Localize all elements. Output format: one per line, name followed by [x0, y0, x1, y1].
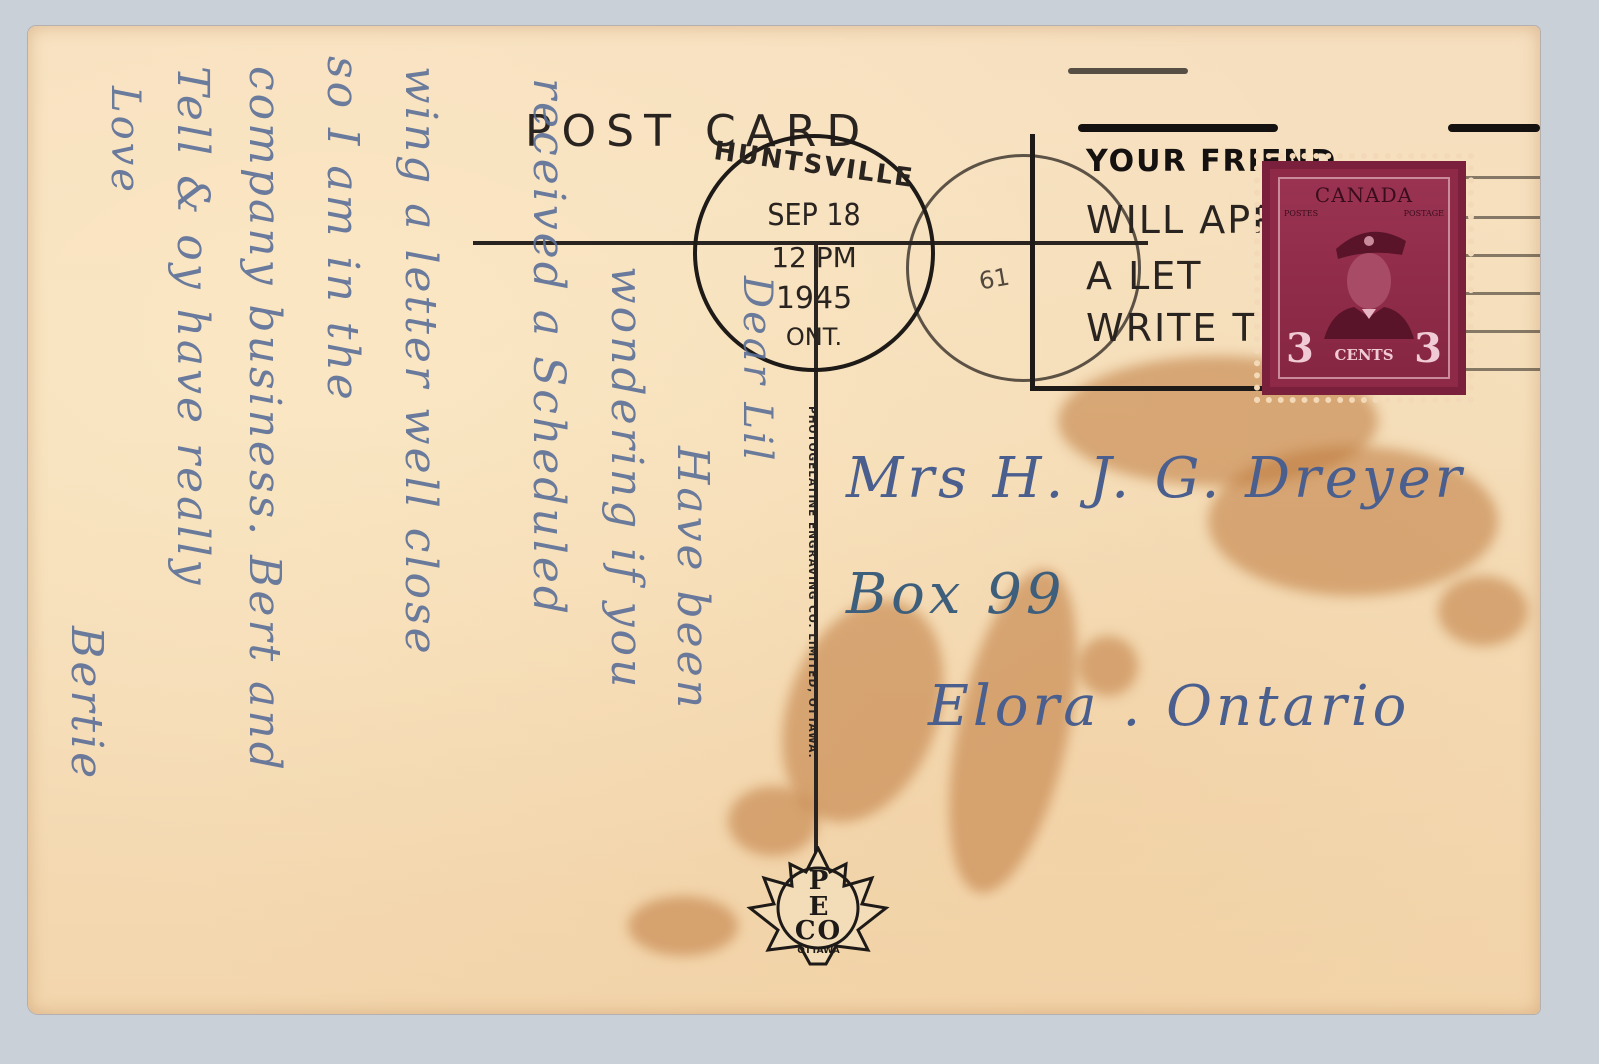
wavy-cancel-line [1460, 368, 1540, 371]
wavy-cancel-line [1460, 176, 1540, 179]
message-line: Have been [667, 446, 718, 711]
signature: Bertie [61, 626, 112, 781]
postmark-province: ONT. [697, 323, 931, 351]
stamp-frame: CANADA POSTES POSTAGE 3 CENTS 3 [1278, 177, 1450, 379]
logo-city: OTTAWA [746, 947, 891, 956]
slogan-line: A LET [1086, 254, 1202, 298]
message-line: so I am in the [317, 56, 368, 403]
stamp-label-postage: POSTAGE [1404, 209, 1444, 218]
message-line: Tell & oy have really [167, 66, 218, 587]
printer-imprint: PHOTOGELATINE ENGRAVING CO. LIMITED, OTT… [806, 406, 818, 759]
logo-letter-p: P [746, 868, 891, 894]
wavy-cancel-line [1460, 216, 1540, 219]
wavy-cancel-line [1460, 292, 1540, 295]
address-town: Elora . Ontario [928, 674, 1410, 739]
stamp-value: 3 CENTS 3 [1280, 329, 1448, 369]
king-portrait-icon [1324, 219, 1414, 339]
secondary-postmark-number: 61 [977, 263, 1012, 296]
stamp-cents-label: CENTS [1334, 346, 1393, 364]
postmark-time: 12 PM [697, 241, 931, 274]
wavy-cancel-line [1460, 330, 1540, 333]
message-line: received a Scheduled [523, 78, 574, 617]
address-recipient: Mrs H. J. G. Dreyer [846, 446, 1465, 511]
wavy-cancel-line [1460, 254, 1540, 257]
stamp-country: CANADA [1280, 183, 1448, 207]
postmark-date: SEP 18 [697, 198, 931, 233]
message-line: wondering if you [601, 266, 652, 690]
cancel-bar [1068, 68, 1188, 74]
postage-stamp: CANADA POSTES POSTAGE 3 CENTS 3 [1262, 161, 1466, 395]
peco-logo: P E CO OTTAWA [746, 846, 891, 966]
postmark-town: HUNTSVILLE [696, 134, 932, 196]
message-line: Dear Lil [734, 276, 780, 464]
logo-letters-co: CO [746, 918, 891, 944]
message-line: wing a letter well close [395, 66, 446, 657]
stamp-digit-right: 3 [1414, 329, 1442, 369]
stamp-digit-left: 3 [1286, 329, 1314, 369]
cancel-bar [1078, 124, 1278, 132]
postcard: POST CARD PHOTOGELATINE ENGRAVING CO. LI… [28, 26, 1540, 1014]
message-line: company business. Bert and [239, 66, 290, 773]
stamp-label-postes: POSTES [1284, 209, 1318, 218]
postmark-year: 1945 [697, 281, 931, 316]
slogan-line: WILL APP [1086, 198, 1277, 242]
cancel-bar [1448, 124, 1540, 132]
address-box: Box 99 [846, 562, 1066, 627]
message-line: Love [102, 86, 148, 195]
huntsville-postmark: HUNTSVILLE SEP 18 12 PM 1945 ONT. [693, 134, 935, 372]
slogan-line: WRITE T [1086, 306, 1258, 350]
